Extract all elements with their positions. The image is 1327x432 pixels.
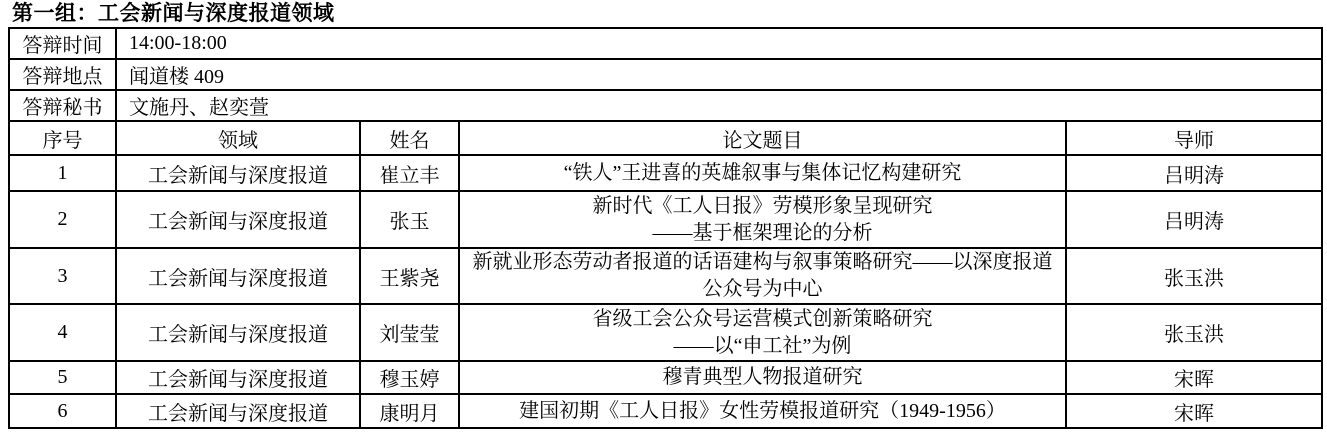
document-page: 第一组：工会新闻与深度报道领域 答辩时间 14:00-18:00 答辩地点 闻道… [0, 0, 1327, 432]
header-row: 序号 领域 姓名 论文题目 导师 [9, 121, 1322, 155]
info-value-secretary: 文施丹、赵奕萱 [116, 90, 1322, 121]
header-name: 姓名 [360, 121, 459, 155]
thesis-line: “铁人”王进喜的英雄叙事与集体记忆构建研究 [460, 160, 1065, 187]
table-row: 6 工会新闻与深度报道 康明月 建国初期《工人日报》女性劳模报道研究（1949-… [9, 394, 1322, 428]
header-seq: 序号 [9, 121, 116, 155]
cell-field: 工会新闻与深度报道 [116, 248, 360, 304]
thesis-line: 省级工会公众号运营模式创新策略研究 [460, 306, 1065, 333]
header-thesis: 论文题目 [459, 121, 1066, 155]
cell-seq: 3 [9, 248, 116, 304]
thesis-line: 公众号为中心 [460, 276, 1065, 303]
group-title: 第一组：工会新闻与深度报道领域 [0, 0, 1327, 27]
thesis-line: 新就业形态劳动者报道的话语建构与叙事策略研究——以深度报道 [460, 249, 1065, 276]
cell-advisor: 张玉洪 [1066, 248, 1322, 304]
cell-seq: 2 [9, 191, 116, 248]
defense-schedule-table: 答辩时间 14:00-18:00 答辩地点 闻道楼 409 答辩秘书 文施丹、赵… [8, 27, 1323, 429]
info-label-time: 答辩时间 [9, 28, 116, 59]
cell-seq: 4 [9, 304, 116, 361]
cell-field: 工会新闻与深度报道 [116, 155, 360, 191]
info-value-time: 14:00-18:00 [116, 28, 1322, 59]
info-row-location: 答辩地点 闻道楼 409 [9, 59, 1322, 90]
cell-seq: 6 [9, 394, 116, 428]
cell-advisor: 宋晖 [1066, 361, 1322, 394]
cell-name: 康明月 [360, 394, 459, 428]
cell-name: 崔立丰 [360, 155, 459, 191]
cell-advisor: 吕明涛 [1066, 155, 1322, 191]
table-row: 4 工会新闻与深度报道 刘莹莹 省级工会公众号运营模式创新策略研究 ——以“申工… [9, 304, 1322, 361]
cell-thesis: 建国初期《工人日报》女性劳模报道研究（1949-1956） [459, 394, 1066, 428]
header-field: 领域 [116, 121, 360, 155]
thesis-line: ——以“申工社”为例 [460, 333, 1065, 360]
cell-field: 工会新闻与深度报道 [116, 361, 360, 394]
table-row: 1 工会新闻与深度报道 崔立丰 “铁人”王进喜的英雄叙事与集体记忆构建研究 吕明… [9, 155, 1322, 191]
cell-thesis: 省级工会公众号运营模式创新策略研究 ——以“申工社”为例 [459, 304, 1066, 361]
cell-name: 张玉 [360, 191, 459, 248]
thesis-line: 建国初期《工人日报》女性劳模报道研究（1949-1956） [460, 398, 1065, 425]
info-value-location: 闻道楼 409 [116, 59, 1322, 90]
cell-field: 工会新闻与深度报道 [116, 191, 360, 248]
table-row: 3 工会新闻与深度报道 王紫尧 新就业形态劳动者报道的话语建构与叙事策略研究——… [9, 248, 1322, 304]
cell-thesis: 新就业形态劳动者报道的话语建构与叙事策略研究——以深度报道 公众号为中心 [459, 248, 1066, 304]
cell-advisor: 张玉洪 [1066, 304, 1322, 361]
header-advisor: 导师 [1066, 121, 1322, 155]
info-label-location: 答辩地点 [9, 59, 116, 90]
table-row: 2 工会新闻与深度报道 张玉 新时代《工人日报》劳模形象呈现研究 ——基于框架理… [9, 191, 1322, 248]
cell-field: 工会新闻与深度报道 [116, 394, 360, 428]
cell-name: 刘莹莹 [360, 304, 459, 361]
thesis-line: 新时代《工人日报》劳模形象呈现研究 [460, 193, 1065, 220]
info-label-secretary: 答辩秘书 [9, 90, 116, 121]
cell-field: 工会新闻与深度报道 [116, 304, 360, 361]
cell-name: 穆玉婷 [360, 361, 459, 394]
thesis-line: ——基于框架理论的分析 [460, 220, 1065, 247]
cell-name: 王紫尧 [360, 248, 459, 304]
cell-advisor: 吕明涛 [1066, 191, 1322, 248]
table-row: 5 工会新闻与深度报道 穆玉婷 穆青典型人物报道研究 宋晖 [9, 361, 1322, 394]
cell-thesis: “铁人”王进喜的英雄叙事与集体记忆构建研究 [459, 155, 1066, 191]
cell-thesis: 穆青典型人物报道研究 [459, 361, 1066, 394]
cell-thesis: 新时代《工人日报》劳模形象呈现研究 ——基于框架理论的分析 [459, 191, 1066, 248]
info-row-time: 答辩时间 14:00-18:00 [9, 28, 1322, 59]
cell-seq: 1 [9, 155, 116, 191]
info-row-secretary: 答辩秘书 文施丹、赵奕萱 [9, 90, 1322, 121]
cell-seq: 5 [9, 361, 116, 394]
thesis-line: 穆青典型人物报道研究 [460, 364, 1065, 391]
cell-advisor: 宋晖 [1066, 394, 1322, 428]
